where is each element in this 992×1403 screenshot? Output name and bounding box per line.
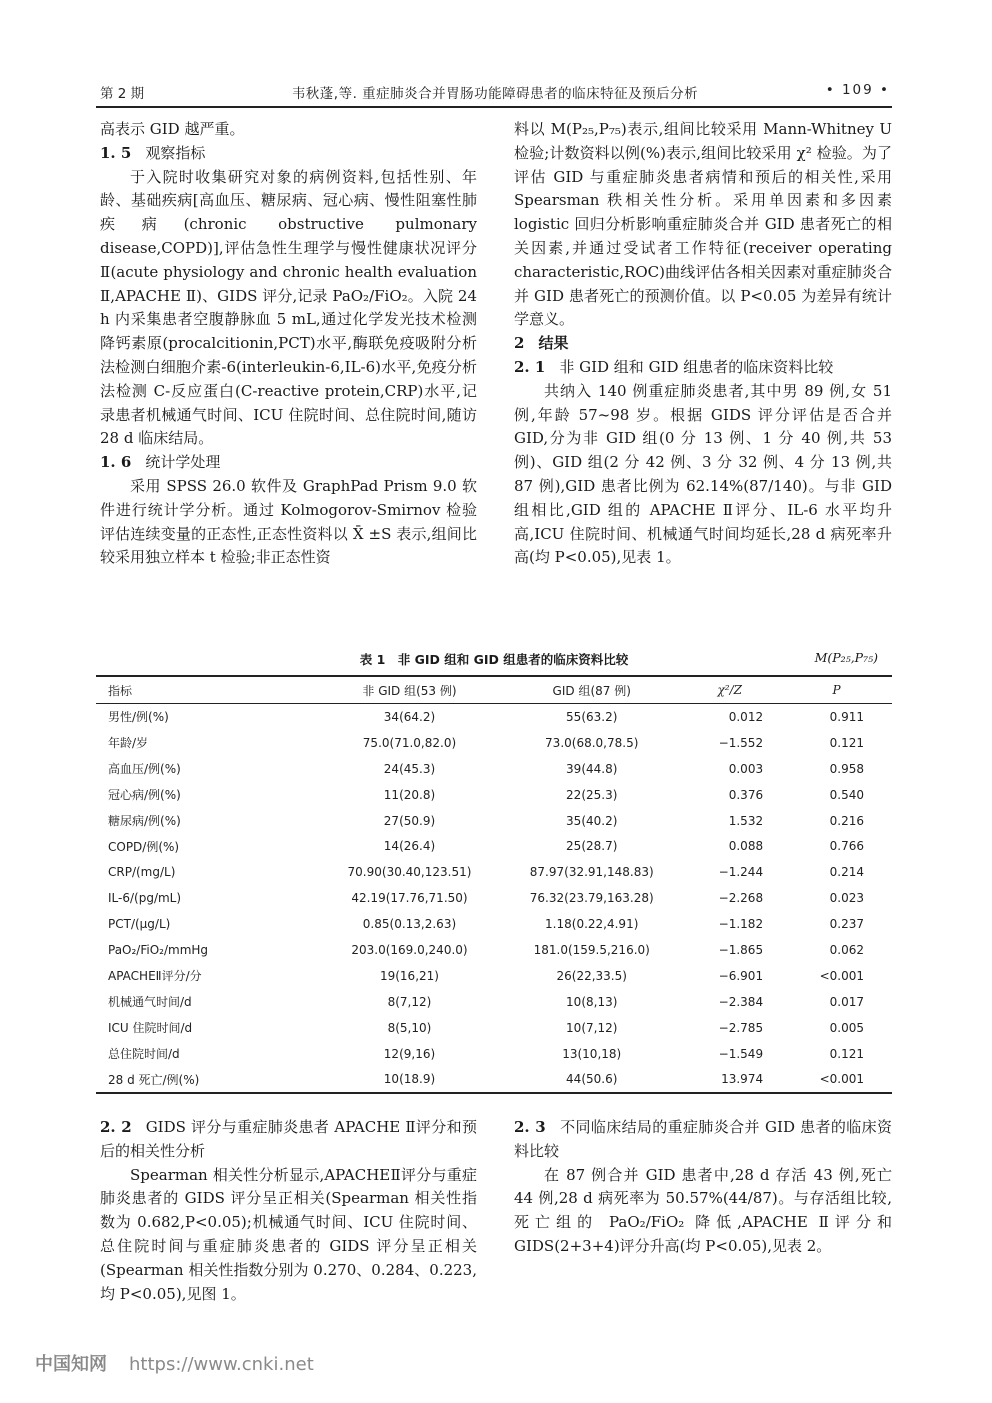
section-title: 统计学处理 — [145, 453, 220, 471]
paragraph: 高表示 GID 越严重。 — [100, 118, 477, 142]
cell-gid: 87.97(32.91,148.83) — [505, 859, 678, 885]
header-p-value: P — [781, 676, 892, 704]
cell-p-value: 0.540 — [781, 782, 892, 808]
table-unit-note: M(P₂₅,P₇₅) — [815, 650, 878, 665]
cell-indicator: ICU 住院时间/d — [96, 1015, 314, 1041]
table-row: IL-6/(pg/mL)42.19(17.76,71.50)76.32(23.7… — [96, 885, 892, 911]
cell-p-value: 0.121 — [781, 730, 892, 756]
cell-p-value: 0.237 — [781, 911, 892, 937]
cell-statistic: 0.003 — [678, 756, 781, 782]
cell-gid: 10(8,13) — [505, 989, 678, 1015]
clinical-data-table: 指标 非 GID 组(53 例) GID 组(87 例) χ²/Z P 男性/例… — [96, 675, 892, 1094]
paragraph-outcomes: 在 87 例合并 GID 患者中,28 d 存活 43 例,死亡 44 例,28… — [514, 1164, 892, 1259]
section-heading-2-1: 2. 1非 GID 组和 GID 组患者的临床资料比较 — [514, 356, 892, 380]
cell-p-value: 0.214 — [781, 859, 892, 885]
table-row: COPD/例(%)14(26.4)25(28.7)0.0880.766 — [96, 833, 892, 859]
cell-non-gid: 19(16,21) — [314, 963, 505, 989]
cell-gid: 181.0(159.5,216.0) — [505, 937, 678, 963]
cell-statistic: −6.901 — [678, 963, 781, 989]
cell-gid: 39(44.8) — [505, 756, 678, 782]
cell-indicator: 男性/例(%) — [96, 704, 314, 730]
paragraph-statistics-cont: 料以 M(P₂₅,P₇₅)表示,组间比较采用 Mann-Whitney U 检验… — [514, 118, 892, 332]
cell-statistic: −1.244 — [678, 859, 781, 885]
table-1: 表 1 非 GID 组和 GID 组患者的临床资料比较 M(P₂₅,P₇₅) 指… — [96, 647, 892, 1094]
cell-gid: 13(10,18) — [505, 1041, 678, 1067]
cell-p-value: 0.958 — [781, 756, 892, 782]
cell-gid: 22(25.3) — [505, 782, 678, 808]
cell-gid: 76.32(23.79,163.28) — [505, 885, 678, 911]
cell-indicator: 总住院时间/d — [96, 1041, 314, 1067]
header-indicator: 指标 — [96, 676, 314, 704]
paragraph-observation: 于入院时收集研究对象的病例资料,包括性别、年龄、基础疾病[高血压、糖尿病、冠心病… — [100, 166, 477, 452]
page-number: • 109 • — [826, 82, 890, 98]
section-title: 非 GID 组和 GID 组患者的临床资料比较 — [559, 358, 833, 376]
table-row: CRP/(mg/L)70.90(30.40,123.51)87.97(32.91… — [96, 859, 892, 885]
cell-statistic: −1.552 — [678, 730, 781, 756]
section-number: 2 — [514, 334, 524, 352]
cell-non-gid: 8(7,12) — [314, 989, 505, 1015]
section-heading-1-5: 1. 5观察指标 — [100, 142, 477, 166]
section-heading-1-6: 1. 6统计学处理 — [100, 451, 477, 475]
header-gid: GID 组(87 例) — [505, 676, 678, 704]
table-row: 28 d 死亡/例(%)10(18.9)44(50.6)13.974<0.001 — [96, 1066, 892, 1093]
cell-indicator: COPD/例(%) — [96, 833, 314, 859]
table-row: 机械通气时间/d8(7,12)10(8,13)−2.3840.017 — [96, 989, 892, 1015]
paragraph-statistics: 采用 SPSS 26.0 软件及 GraphPad Prism 9.0 软件进行… — [100, 475, 477, 570]
cell-p-value: 0.121 — [781, 1041, 892, 1067]
section-title: 结果 — [538, 334, 568, 352]
cell-gid: 26(22,33.5) — [505, 963, 678, 989]
table-row: APACHEⅡ评分/分19(16,21)26(22,33.5)−6.901<0.… — [96, 963, 892, 989]
cell-non-gid: 8(5,10) — [314, 1015, 505, 1041]
cell-p-value: 0.911 — [781, 704, 892, 730]
cell-p-value: 0.766 — [781, 833, 892, 859]
cell-statistic: 1.532 — [678, 808, 781, 834]
section-title: GIDS 评分与重症肺炎患者 APACHE Ⅱ评分和预后的相关性分析 — [100, 1118, 477, 1160]
cell-non-gid: 24(45.3) — [314, 756, 505, 782]
cell-statistic: 0.376 — [678, 782, 781, 808]
cell-gid: 55(63.2) — [505, 704, 678, 730]
cell-indicator: 糖尿病/例(%) — [96, 808, 314, 834]
left-column: 高表示 GID 越严重。 1. 5观察指标 于入院时收集研究对象的病例资料,包括… — [100, 118, 477, 570]
table-title: 表 1 非 GID 组和 GID 组患者的临床资料比较 — [96, 650, 892, 668]
cell-statistic: −2.384 — [678, 989, 781, 1015]
table-row: 糖尿病/例(%)27(50.9)35(40.2)1.5320.216 — [96, 808, 892, 834]
cell-indicator: APACHEⅡ评分/分 — [96, 963, 314, 989]
cnki-watermark: 中国知网https://www.cnki.net — [35, 1350, 314, 1376]
cell-indicator: 28 d 死亡/例(%) — [96, 1066, 314, 1093]
section-heading-2-2: 2. 2GIDS 评分与重症肺炎患者 APACHE Ⅱ评分和预后的相关性分析 — [100, 1116, 477, 1164]
section-title: 观察指标 — [145, 144, 205, 162]
cell-p-value: 0.216 — [781, 808, 892, 834]
cell-gid: 25(28.7) — [505, 833, 678, 859]
cell-non-gid: 0.85(0.13,2.63) — [314, 911, 505, 937]
cell-statistic: −1.182 — [678, 911, 781, 937]
section-title: 不同临床结局的重症肺炎合并 GID 患者的临床资料比较 — [514, 1118, 892, 1160]
table-row: 冠心病/例(%)11(20.8)22(25.3)0.3760.540 — [96, 782, 892, 808]
article-running-title: 韦秋蓬,等. 重症肺炎合并胃肠功能障碍患者的临床特征及预后分析 — [100, 82, 890, 102]
cell-gid: 73.0(68.0,78.5) — [505, 730, 678, 756]
cell-indicator: 年龄/岁 — [96, 730, 314, 756]
cell-indicator: IL-6/(pg/mL) — [96, 885, 314, 911]
bottom-left-column: 2. 2GIDS 评分与重症肺炎患者 APACHE Ⅱ评分和预后的相关性分析 S… — [100, 1116, 477, 1306]
cell-gid: 44(50.6) — [505, 1066, 678, 1093]
header-non-gid: 非 GID 组(53 例) — [314, 676, 505, 704]
cell-gid: 10(7,12) — [505, 1015, 678, 1041]
cell-p-value: <0.001 — [781, 963, 892, 989]
cell-non-gid: 14(26.4) — [314, 833, 505, 859]
paragraph-correlation: Spearman 相关性分析显示,APACHEⅡ评分与重症肺炎患者的 GIDS … — [100, 1164, 477, 1307]
section-number: 2. 3 — [514, 1118, 546, 1136]
cell-gid: 1.18(0.22,4.91) — [505, 911, 678, 937]
cell-non-gid: 12(9,16) — [314, 1041, 505, 1067]
cell-non-gid: 27(50.9) — [314, 808, 505, 834]
table-header-row: 指标 非 GID 组(53 例) GID 组(87 例) χ²/Z P — [96, 676, 892, 704]
cell-statistic: −1.865 — [678, 937, 781, 963]
table-row: 年龄/岁75.0(71.0,82.0)73.0(68.0,78.5)−1.552… — [96, 730, 892, 756]
cell-indicator: 冠心病/例(%) — [96, 782, 314, 808]
table-row: PaO₂/FiO₂/mmHg203.0(169.0,240.0)181.0(15… — [96, 937, 892, 963]
watermark-url: https://www.cnki.net — [129, 1354, 314, 1375]
cell-p-value: 0.005 — [781, 1015, 892, 1041]
cell-statistic: 0.088 — [678, 833, 781, 859]
table-row: 男性/例(%)34(64.2)55(63.2)0.0120.911 — [96, 704, 892, 730]
paragraph-results: 共纳入 140 例重症肺炎患者,其中男 89 例,女 51 例,年龄 57~98… — [514, 380, 892, 570]
cell-statistic: −2.785 — [678, 1015, 781, 1041]
cell-non-gid: 11(20.8) — [314, 782, 505, 808]
table-row: PCT/(μg/L)0.85(0.13,2.63)1.18(0.22,4.91)… — [96, 911, 892, 937]
right-column: 料以 M(P₂₅,P₇₅)表示,组间比较采用 Mann-Whitney U 检验… — [514, 118, 892, 570]
cell-non-gid: 10(18.9) — [314, 1066, 505, 1093]
header-rule — [96, 106, 892, 108]
cell-p-value: 0.017 — [781, 989, 892, 1015]
cell-non-gid: 42.19(17.76,71.50) — [314, 885, 505, 911]
cell-indicator: CRP/(mg/L) — [96, 859, 314, 885]
cell-statistic: 0.012 — [678, 704, 781, 730]
cell-non-gid: 34(64.2) — [314, 704, 505, 730]
cell-indicator: PCT/(μg/L) — [96, 911, 314, 937]
cell-non-gid: 75.0(71.0,82.0) — [314, 730, 505, 756]
cell-non-gid: 70.90(30.40,123.51) — [314, 859, 505, 885]
header-statistic: χ²/Z — [678, 676, 781, 704]
watermark-brand: 中国知网 — [35, 1354, 107, 1375]
table-caption: 表 1 非 GID 组和 GID 组患者的临床资料比较 M(P₂₅,P₇₅) — [96, 647, 892, 671]
table-row: 高血压/例(%)24(45.3)39(44.8)0.0030.958 — [96, 756, 892, 782]
cell-p-value: 0.023 — [781, 885, 892, 911]
cell-p-value: <0.001 — [781, 1066, 892, 1093]
section-number: 2. 2 — [100, 1118, 132, 1136]
section-heading-2: 2结果 — [514, 332, 892, 356]
running-head: 第 2 期 韦秋蓬,等. 重症肺炎合并胃肠功能障碍患者的临床特征及预后分析 • … — [100, 80, 890, 104]
table-row: ICU 住院时间/d8(5,10)10(7,12)−2.7850.005 — [96, 1015, 892, 1041]
cell-statistic: 13.974 — [678, 1066, 781, 1093]
bottom-right-column: 2. 3不同临床结局的重症肺炎合并 GID 患者的临床资料比较 在 87 例合并… — [514, 1116, 892, 1259]
section-number: 1. 5 — [100, 144, 131, 162]
table-row: 总住院时间/d12(9,16)13(10,18)−1.5490.121 — [96, 1041, 892, 1067]
cell-indicator: 机械通气时间/d — [96, 989, 314, 1015]
cell-indicator: 高血压/例(%) — [96, 756, 314, 782]
section-number: 2. 1 — [514, 358, 545, 376]
cell-statistic: −1.549 — [678, 1041, 781, 1067]
cell-statistic: −2.268 — [678, 885, 781, 911]
cell-gid: 35(40.2) — [505, 808, 678, 834]
section-heading-2-3: 2. 3不同临床结局的重症肺炎合并 GID 患者的临床资料比较 — [514, 1116, 892, 1164]
cell-p-value: 0.062 — [781, 937, 892, 963]
cell-indicator: PaO₂/FiO₂/mmHg — [96, 937, 314, 963]
section-number: 1. 6 — [100, 453, 131, 471]
cell-non-gid: 203.0(169.0,240.0) — [314, 937, 505, 963]
